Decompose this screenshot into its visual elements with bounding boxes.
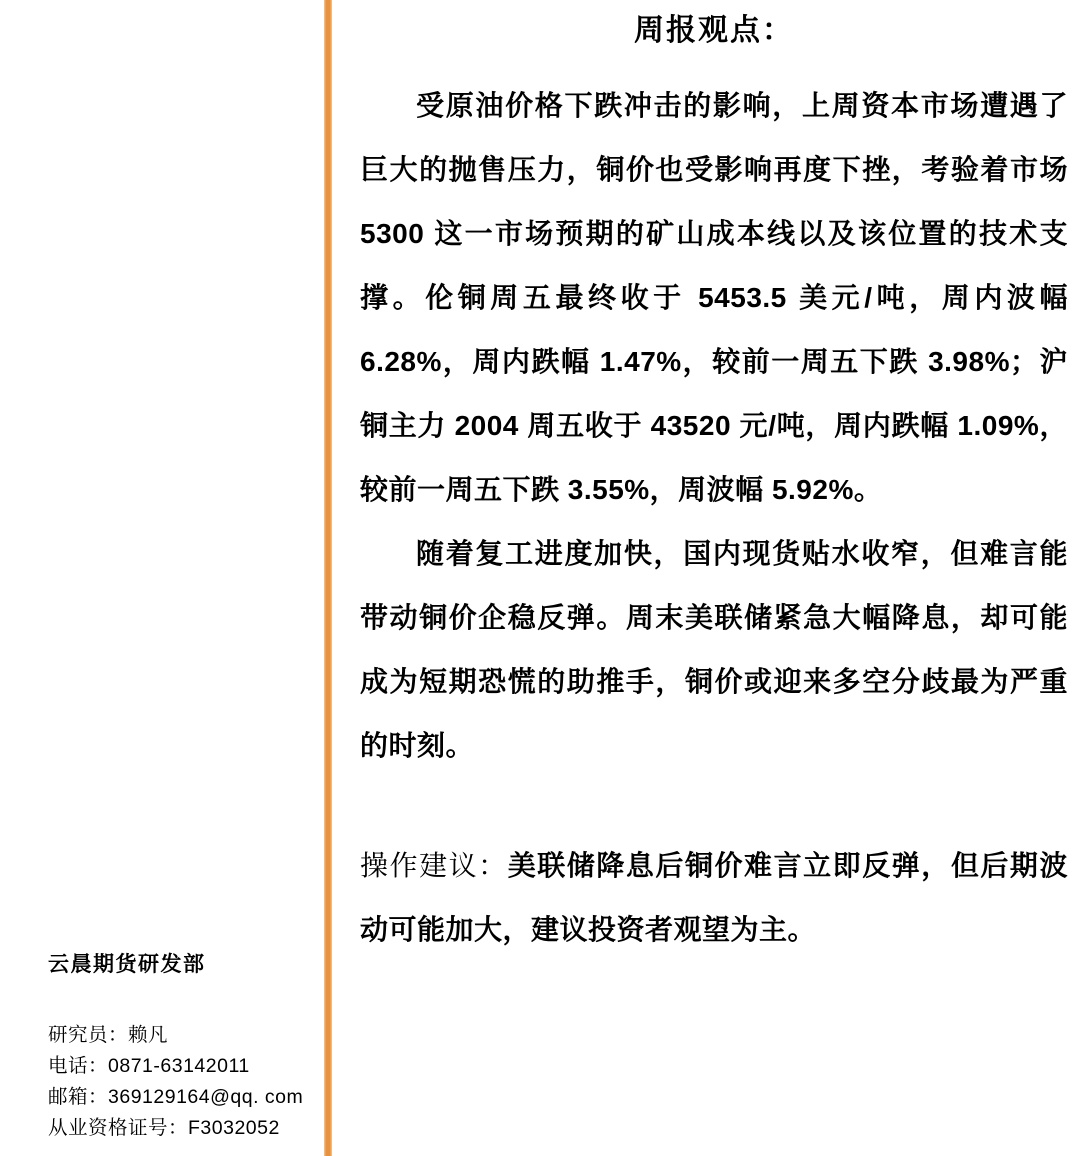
report-title: 周报观点： xyxy=(360,8,1068,54)
contact-researcher: 研究员：赖凡 xyxy=(48,1020,313,1051)
department-name: 云晨期货研发部 xyxy=(48,948,313,978)
main-report-column: 周报观点： 受原油价格下跌冲击的影响，上周资本市场遭遇了巨大的抛售压力，铜价也受… xyxy=(360,0,1068,962)
report-page: 云晨期货研发部 研究员：赖凡 电话：0871-63142011 邮箱：36912… xyxy=(0,0,1080,1156)
advice-paragraph: 操作建议：美联储降息后铜价难言立即反弹，但后期波动可能加大，建议投资者观望为主。 xyxy=(360,834,1068,962)
contact-license-number: 从业资格证号：F3032052 xyxy=(48,1113,313,1144)
advice-label: 操作建议： xyxy=(360,850,508,881)
contact-email: 邮箱：369129164@qq. com xyxy=(48,1082,313,1113)
contact-phone: 电话：0871-63142011 xyxy=(48,1051,313,1082)
body-paragraph-1: 受原油价格下跌冲击的影响，上周资本市场遭遇了巨大的抛售压力，铜价也受影响再度下挫… xyxy=(360,74,1068,522)
vertical-divider-rule xyxy=(324,0,332,1156)
body-paragraph-2: 随着复工进度加快，国内现货贴水收窄，但难言能带动铜价企稳反弹。周末美联储紧急大幅… xyxy=(360,522,1068,778)
sidebar-contact-block: 云晨期货研发部 研究员：赖凡 电话：0871-63142011 邮箱：36912… xyxy=(48,948,313,1144)
